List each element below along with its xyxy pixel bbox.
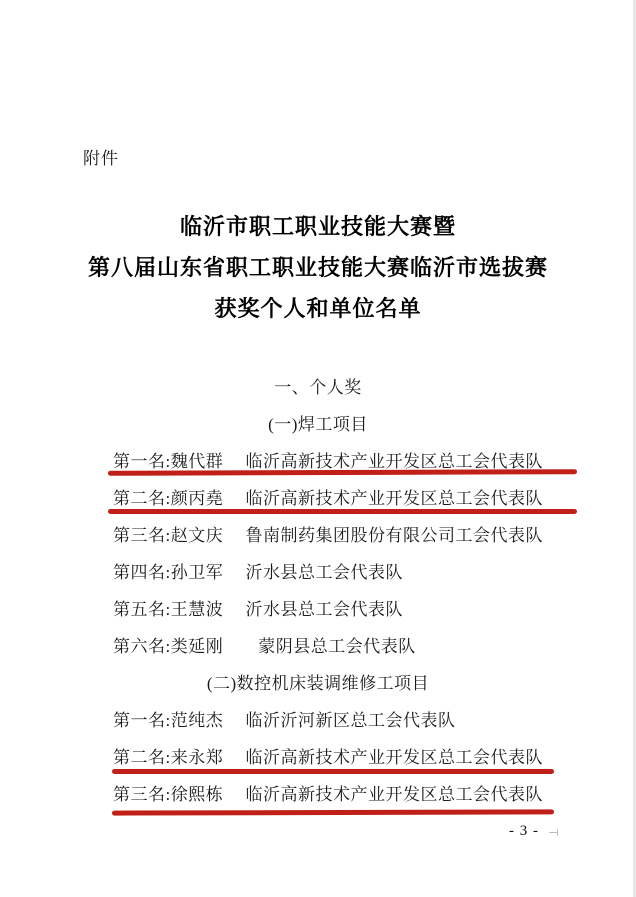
list-row: 第三名:徐熙栋 临沂高新技术产业开发区总工会代表队 [0, 774, 636, 811]
paragraph-mark-icon [549, 828, 558, 836]
red-underline-annotation [112, 769, 554, 774]
title-line: 第八届山东省职工职业技能大赛临沂市选拔赛 [0, 247, 636, 288]
attachment-label: 附件 [83, 144, 119, 169]
list-row: 第三名:赵文庆 鲁南制药集团股份有限公司工会代表队 [0, 515, 636, 552]
section-heading-individual-awards: 一、个人奖 [0, 367, 636, 404]
red-underline-annotation [112, 809, 554, 815]
subsection-heading-welding: (一)焊工项目 [0, 404, 636, 441]
title-line: 获奖个人和单位名单 [0, 288, 636, 329]
subsection-heading-cnc: (二)数控机床装调维修工项目 [0, 663, 636, 700]
document-page: 附件 临沂市职工职业技能大赛暨 第八届山东省职工职业技能大赛临沂市选拔赛 获奖个… [0, 0, 636, 897]
document-title: 临沂市职工职业技能大赛暨 第八届山东省职工职业技能大赛临沂市选拔赛 获奖个人和单… [0, 206, 636, 329]
list-row: 第一名:范纯杰 临沂沂河新区总工会代表队 [0, 700, 636, 737]
list-row: 第六名:类延刚 蒙阴县总工会代表队 [0, 626, 636, 663]
page-number: - 3 - [509, 823, 539, 840]
title-line: 临沂市职工职业技能大赛暨 [0, 206, 636, 247]
list-row: 第四名:孙卫军 沂水县总工会代表队 [0, 552, 636, 589]
red-underline-annotation [108, 509, 577, 514]
list-row: 第五名:王慧波 沂水县总工会代表队 [0, 589, 636, 626]
